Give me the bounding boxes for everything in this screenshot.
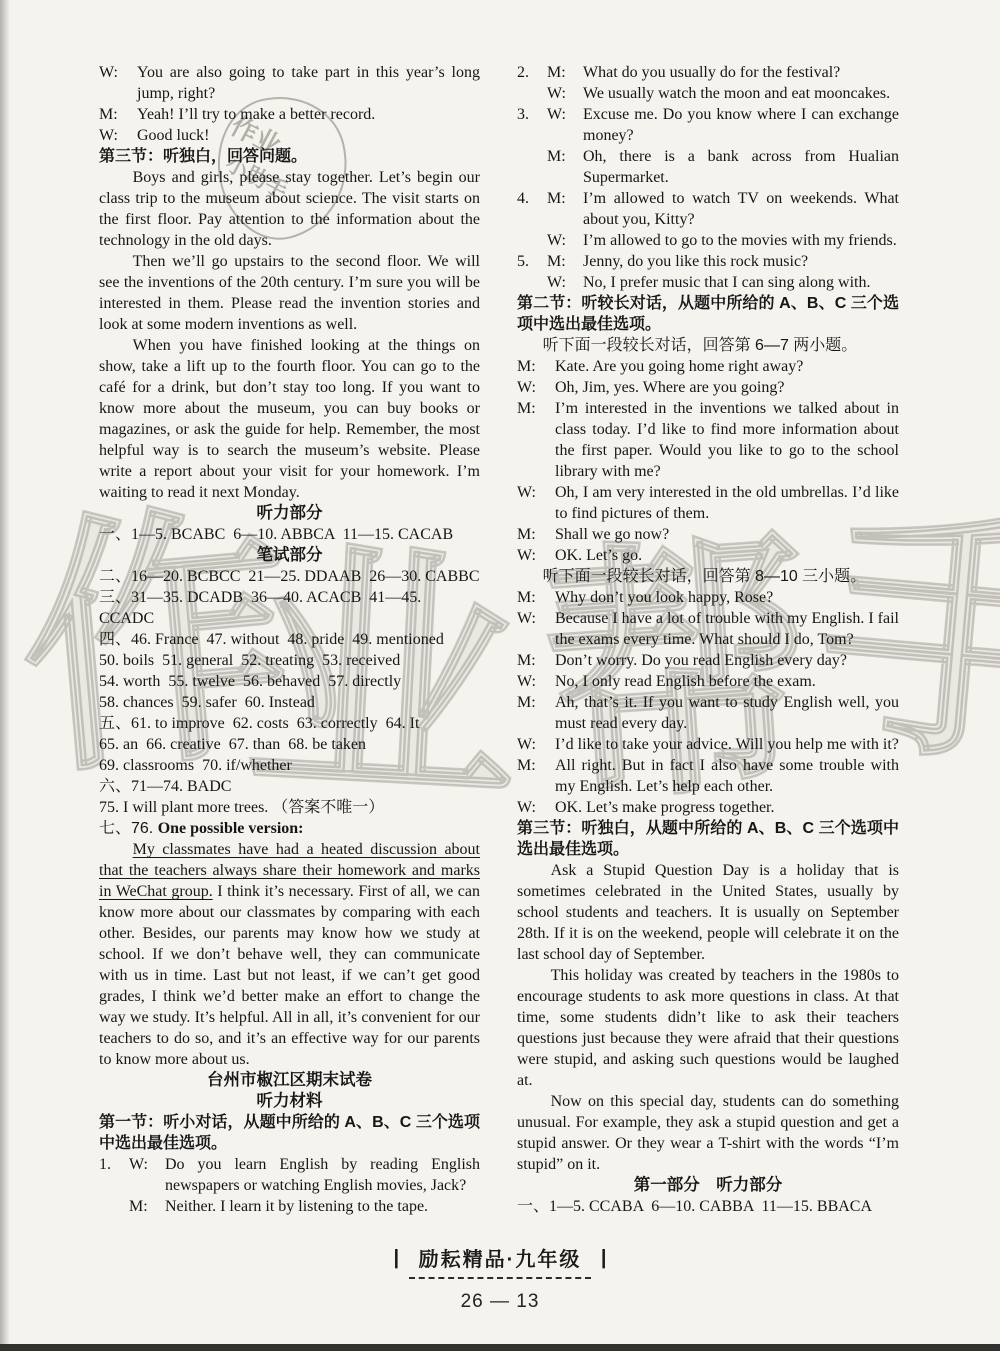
scan-bottom-edge: [0, 1344, 1000, 1351]
dialog-text: Shall we go now?: [555, 524, 899, 545]
answers-line: 75. I will plant more trees. （答案不唯一）: [99, 797, 480, 818]
dialog-text: Neither. I learn it by listening to the …: [165, 1196, 480, 1217]
dialog-text: Excuse me. Do you know where I can excha…: [583, 104, 899, 146]
footer-bar-right: |: [601, 1248, 607, 1269]
dialog-number: 2.: [517, 62, 547, 83]
dialog-text: Do you learn English by reading English …: [165, 1154, 480, 1196]
dialog-text: Jenny, do you like this rock music?: [583, 251, 899, 272]
dialog-line: 2.M:What do you usually do for the festi…: [517, 62, 899, 83]
dialog-number: 5.: [517, 251, 547, 272]
speaker-label: W:: [547, 104, 583, 146]
speaker-label: W:: [517, 797, 555, 818]
answer-item-number: 七、76.: [99, 820, 158, 837]
dialog-text: Don’t worry. Do you read English every d…: [555, 650, 899, 671]
speaker-label: W:: [129, 1154, 165, 1196]
dialog-line: W:OK. Let’s go.: [517, 545, 899, 566]
dialog-text: I’m interested in the inventions we talk…: [555, 398, 899, 482]
section-heading: 第三节：听独白，从题中所给的 A、B、C 三个选项中选出最佳选项。: [517, 818, 899, 860]
speaker-label: M:: [517, 692, 555, 734]
possible-version-label: One possible version:: [158, 820, 304, 837]
answers-line: 一、1—5. CCABA 6—10. CABBA 11—15. BBACA: [517, 1196, 899, 1217]
dialog-line: M:All right. But in fact I also have som…: [517, 755, 899, 797]
speaker-label: W:: [547, 230, 583, 251]
dialog-line: M:Oh, there is a bank across from Hualia…: [517, 146, 899, 188]
column-left: W:You are also going to take part in thi…: [99, 62, 480, 1217]
answers-line: 58. chances 59. safer 60. Instead: [99, 692, 480, 713]
sub-instruction: 听下面一段较长对话，回答第 6—7 两小题。: [517, 335, 899, 356]
paragraph: Then we’ll go upstairs to the second flo…: [99, 251, 480, 335]
dialog-line: M:Yeah! I’ll try to make a better record…: [99, 104, 480, 125]
speaker-label: W:: [517, 545, 555, 566]
dialog-line: W:You are also going to take part in thi…: [99, 62, 480, 104]
speaker-label: M:: [99, 104, 137, 125]
dialog-text: I’m allowed to go to the movies with my …: [583, 230, 899, 251]
speaker-label: M:: [517, 587, 555, 608]
dialog-line: M:Ah, that’s it. If you want to study En…: [517, 692, 899, 734]
speaker-label: W:: [517, 377, 555, 398]
scanned-answer-page: 作业 小助手 作 业 帮 手 W:You are also going to t…: [0, 0, 1000, 1351]
answers-line: 50. boils 51. general 52. treating 53. r…: [99, 650, 480, 671]
centered-heading: 笔试部分: [99, 545, 480, 566]
speaker-label: W:: [517, 608, 555, 650]
scan-edge-shadow: [0, 0, 10, 1351]
paragraph: Now on this special day, students can do…: [517, 1091, 899, 1175]
speaker-label: W:: [547, 272, 583, 293]
dialog-text: Because I have a lot of trouble with my …: [555, 608, 899, 650]
answers-line: 四、46. France 47. without 48. pride 49. m…: [99, 629, 480, 650]
dialog-number: 3.: [517, 104, 547, 146]
speaker-label: M:: [547, 251, 583, 272]
dialog-number: [517, 83, 547, 104]
speaker-label: M:: [547, 146, 583, 188]
speaker-label: M:: [517, 755, 555, 797]
speaker-label: M:: [517, 650, 555, 671]
essay-rest-text: I think it’s necessary. First of all, we…: [99, 883, 480, 1068]
dialog-text: Ah, that’s it. If you want to study Engl…: [555, 692, 899, 734]
centered-heading: 听力部分: [99, 503, 480, 524]
dialog-line: W:Oh, I am very interested in the old um…: [517, 482, 899, 524]
dialog-line: 5.M:Jenny, do you like this rock music?: [517, 251, 899, 272]
dialog-number: [517, 146, 547, 188]
speaker-label: M:: [517, 356, 555, 377]
dialog-line: W:I’m allowed to go to the movies with m…: [517, 230, 899, 251]
speaker-label: M:: [517, 524, 555, 545]
column-right: 2.M:What do you usually do for the festi…: [517, 62, 899, 1217]
dialog-text: OK. Let’s go.: [555, 545, 899, 566]
paragraph: This holiday was created by teachers in …: [517, 965, 899, 1091]
dialog-number: 4.: [517, 188, 547, 230]
answers-line: 69. classrooms 70. if/whether: [99, 755, 480, 776]
page-number: 26 — 13: [0, 1291, 1000, 1312]
dialog-text: All right. But in fact I also have some …: [555, 755, 899, 797]
answers-line: 三、31—35. DCADB 36—40. ACACB 41—45. CCADC: [99, 587, 480, 629]
dialog-line: M:Neither. I learn it by listening to th…: [99, 1196, 480, 1217]
dialog-line: M:Why don’t you look happy, Rose?: [517, 587, 899, 608]
speaker-label: W:: [99, 125, 137, 146]
speaker-label: M:: [547, 188, 583, 230]
dialog-number: 1.: [99, 1154, 129, 1196]
paragraph: Boys and girls, please stay together. Le…: [99, 167, 480, 251]
dialog-text: Why don’t you look happy, Rose?: [555, 587, 899, 608]
dialog-line: M:I’m interested in the inventions we ta…: [517, 398, 899, 482]
section-heading: 第三节：听独白，回答问题。: [99, 146, 480, 167]
centered-heading: 第一部分 听力部分: [517, 1175, 899, 1196]
dialog-text: What do you usually do for the festival?: [583, 62, 899, 83]
speaker-label: M:: [517, 398, 555, 482]
answers-line: 六、71—74. BADC: [99, 776, 480, 797]
dialog-line: M:Kate. Are you going home right away?: [517, 356, 899, 377]
speaker-label: M:: [129, 1196, 165, 1217]
dialog-text: OK. Let’s make progress together.: [555, 797, 899, 818]
answers-line: 65. an 66. creative 67. than 68. be take…: [99, 734, 480, 755]
dialog-line: 4.M:I’m allowed to watch TV on weekends.…: [517, 188, 899, 230]
dialog-line: W:OK. Let’s make progress together.: [517, 797, 899, 818]
dialog-line: M:Don’t worry. Do you read English every…: [517, 650, 899, 671]
sub-instruction: 听下面一段较长对话，回答第 8—10 三小题。: [517, 566, 899, 587]
speaker-label: W:: [547, 83, 583, 104]
dialog-text: I’m allowed to watch TV on weekends. Wha…: [583, 188, 899, 230]
speaker-label: W:: [517, 671, 555, 692]
dialog-line: W:We usually watch the moon and eat moon…: [517, 83, 899, 104]
dialog-text: You are also going to take part in this …: [137, 62, 480, 104]
dialog-line: W:Good luck!: [99, 125, 480, 146]
dialog-line: W:No, I prefer music that I can sing alo…: [517, 272, 899, 293]
dialog-text: Kate. Are you going home right away?: [555, 356, 899, 377]
answers-line: 五、61. to improve 62. costs 63. correctly…: [99, 713, 480, 734]
dialog-line: M:Shall we go now?: [517, 524, 899, 545]
dialog-line: W:Because I have a lot of trouble with m…: [517, 608, 899, 650]
speaker-label: W:: [517, 482, 555, 524]
dialog-line: 3.W:Excuse me. Do you know where I can e…: [517, 104, 899, 146]
paragraph: When you have finished looking at the th…: [99, 335, 480, 503]
centered-heading: 听力材料: [99, 1091, 480, 1112]
speaker-label: W:: [517, 734, 555, 755]
footer-brand-text: 励耘精品·九年级: [409, 1250, 592, 1279]
dialog-text: No, I prefer music that I can sing along…: [583, 272, 899, 293]
dialog-number: [99, 1196, 129, 1217]
dialog-number: [517, 230, 547, 251]
dialog-line: W:Oh, Jim, yes. Where are you going?: [517, 377, 899, 398]
section-heading: 第一节：听小对话，从题中所给的 A、B、C 三个选项中选出最佳选项。: [99, 1112, 480, 1154]
dialog-text: Oh, I am very interested in the old umbr…: [555, 482, 899, 524]
footer-bar-left: |: [393, 1248, 399, 1269]
answers-line: 二、16—20. BCBCC 21—25. DDAAB 26—30. CABBC: [99, 566, 480, 587]
footer-brand-row: | 励耘精品·九年级 |: [0, 1250, 1000, 1279]
section-heading: 第二节：听较长对话，从题中所给的 A、B、C 三个选项中选出最佳选项。: [517, 293, 899, 335]
centered-heading: 台州市椒江区期末试卷: [99, 1070, 480, 1091]
dialog-text: Oh, Jim, yes. Where are you going?: [555, 377, 899, 398]
dialog-number: [517, 272, 547, 293]
dialog-text: No, I only read English before the exam.: [555, 671, 899, 692]
dialog-line: W:No, I only read English before the exa…: [517, 671, 899, 692]
answers-line: 一、1—5. BCABC 6—10. ABBCA 11—15. CACAB: [99, 524, 480, 545]
dialog-text: I’d like to take your advice. Will you h…: [555, 734, 899, 755]
dialog-text: Oh, there is a bank across from Hualian …: [583, 146, 899, 188]
speaker-label: M:: [547, 62, 583, 83]
dialog-text: Yeah! I’ll try to make a better record.: [137, 104, 480, 125]
essay-paragraph: My classmates have had a heated discussi…: [99, 839, 480, 1070]
speaker-label: W:: [99, 62, 137, 104]
dialog-text: Good luck!: [137, 125, 480, 146]
dialog-line: W:I’d like to take your advice. Will you…: [517, 734, 899, 755]
answers-line: 54. worth 55. twelve 56. behaved 57. dir…: [99, 671, 480, 692]
dialog-line: 1.W:Do you learn English by reading Engl…: [99, 1154, 480, 1196]
possible-version-heading: 七、76. One possible version:: [99, 818, 480, 839]
paragraph: Ask a Stupid Question Day is a holiday t…: [517, 860, 899, 965]
dialog-text: We usually watch the moon and eat moonca…: [583, 83, 899, 104]
